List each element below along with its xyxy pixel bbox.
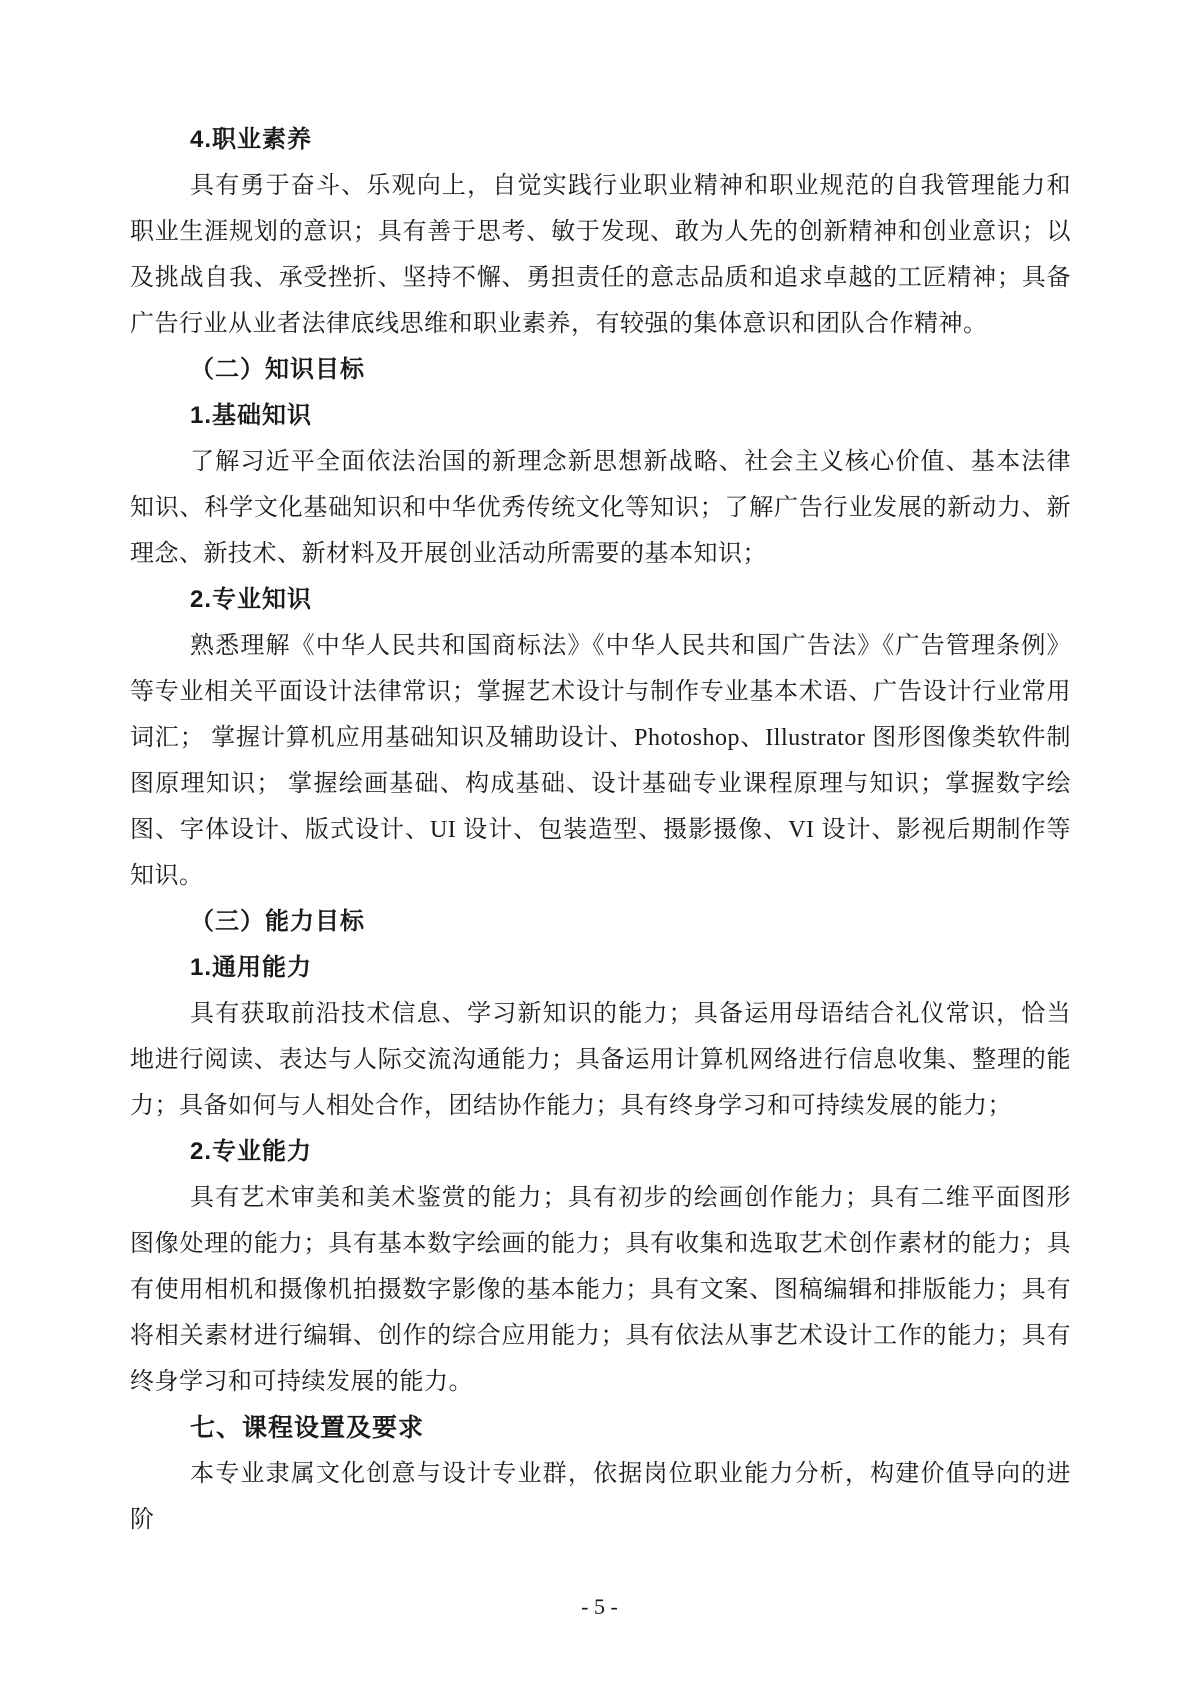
heading-ability-goals: （三）能力目标 <box>130 899 1071 945</box>
document-content: 4.职业素养 具有勇于奋斗、乐观向上，自觉实践行业职业精神和职业规范的自我管理能… <box>130 117 1071 1543</box>
heading-professional-knowledge: 2.专业知识 <box>130 577 1071 623</box>
para-course-setup: 本专业隶属文化创意与设计专业群，依据岗位职业能力分析，构建价值导向的进阶 <box>130 1451 1071 1543</box>
page-number: - 5 - <box>0 1592 1199 1622</box>
document-page: 4.职业素养 具有勇于奋斗、乐观向上，自觉实践行业职业精神和职业规范的自我管理能… <box>0 0 1199 1696</box>
heading-occupational-quality: 4.职业素养 <box>130 117 1071 163</box>
para-professional-ability: 具有艺术审美和美术鉴赏的能力；具有初步的绘画创作能力；具有二维平面图形图像处理的… <box>130 1175 1071 1405</box>
para-basic-knowledge: 了解习近平全面依法治国的新理念新思想新战略、社会主义核心价值、基本法律知识、科学… <box>130 439 1071 577</box>
heading-general-ability: 1.通用能力 <box>130 945 1071 991</box>
heading-course-setup: 七、课程设置及要求 <box>130 1405 1071 1451</box>
heading-knowledge-goals: （二）知识目标 <box>130 347 1071 393</box>
para-occupational-quality: 具有勇于奋斗、乐观向上，自觉实践行业职业精神和职业规范的自我管理能力和职业生涯规… <box>130 163 1071 347</box>
para-general-ability: 具有获取前沿技术信息、学习新知识的能力；具备运用母语结合礼仪常识，恰当地进行阅读… <box>130 991 1071 1129</box>
heading-basic-knowledge: 1.基础知识 <box>130 393 1071 439</box>
para-professional-knowledge: 熟悉理解《中华人民共和国商标法》《中华人民共和国广告法》《广告管理条例》等专业相… <box>130 623 1071 899</box>
heading-professional-ability: 2.专业能力 <box>130 1129 1071 1175</box>
